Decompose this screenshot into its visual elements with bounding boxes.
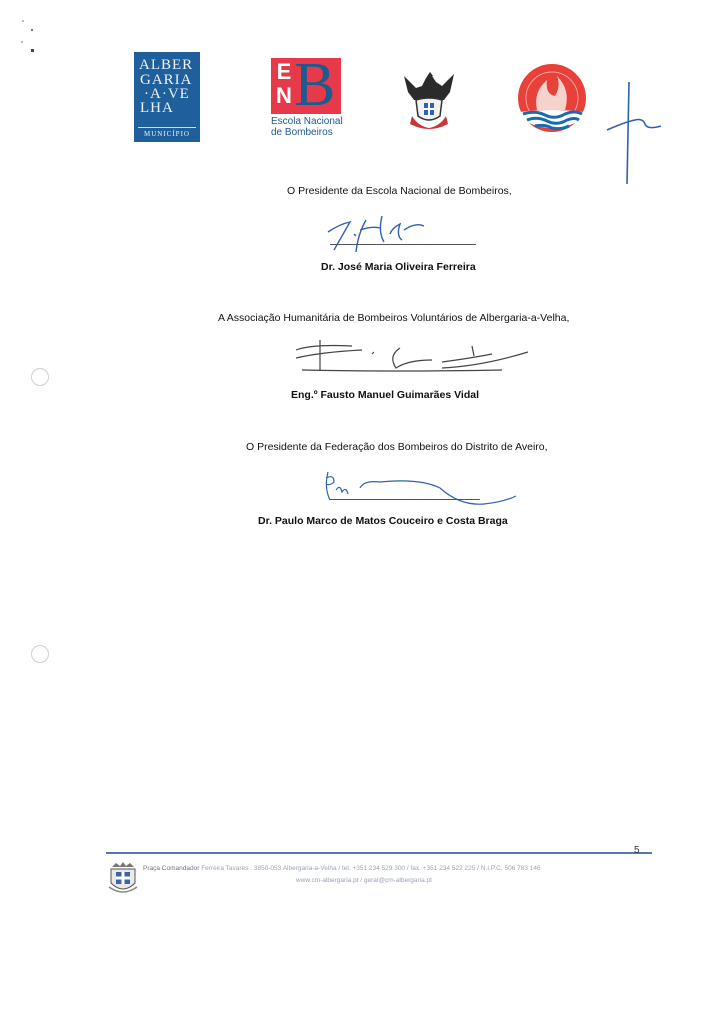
punch-hole (31, 368, 49, 386)
logo-letter-n: N (275, 84, 293, 108)
signatory-name: Dr. José Maria Oliveira Ferreira (321, 261, 476, 273)
footer-address: Praça Comandador Ferreira Tavares . 3850… (143, 865, 541, 872)
municipio-albergaria-logo: ALBER GARIA ·A·VE LHA MUNICÍPIO (134, 52, 200, 142)
eagle-crest-icon (402, 70, 456, 134)
enb-caption: Escola Nacional de Bombeiros (271, 116, 351, 138)
scan-speck (21, 41, 23, 43)
logo-line: LHA (140, 101, 174, 115)
footer-rule (106, 852, 652, 854)
signature-2 (292, 340, 537, 380)
signatory-heading: O Presidente da Escola Nacional de Bombe… (287, 185, 512, 197)
logo-line: ALBER (139, 58, 193, 72)
signature-1 (320, 212, 460, 262)
logo-letter-b: B (294, 54, 335, 116)
signatory-name: Eng.º Fausto Manuel Guimarães Vidal (291, 389, 479, 401)
footer-web: www.cm-albergaria.pt / geral@cm-albergar… (296, 877, 432, 884)
initial-mark (605, 80, 665, 190)
enb-caption-line: Escola Nacional (271, 116, 351, 127)
logo-letter-e: E (275, 60, 293, 84)
footer-address-strong: Praça Comandador (143, 865, 199, 872)
page-number: 5 (634, 845, 640, 856)
municipal-crest-icon (106, 861, 140, 897)
logo-subtitle: MUNICÍPIO (138, 127, 196, 138)
signature-line (330, 499, 480, 500)
signature-line (330, 244, 476, 245)
signature-3 (320, 470, 520, 510)
signatory-heading: O Presidente da Federação dos Bombeiros … (246, 441, 548, 453)
logo-line: ·A·VE (144, 87, 190, 101)
punch-hole (31, 645, 49, 663)
signatory-heading: A Associação Humanitária de Bombeiros Vo… (218, 312, 569, 324)
enb-logo: E N B (271, 58, 341, 114)
scan-speck (31, 49, 34, 52)
firefighter-seal-icon (515, 62, 589, 138)
enb-caption-line: de Bombeiros (271, 127, 351, 138)
scan-speck (31, 29, 33, 31)
footer-address-rest: Ferreira Tavares . 3850-053 Albergaria-a… (201, 865, 540, 872)
scan-speck (22, 20, 24, 22)
logo-line: GARIA (140, 73, 193, 87)
signatory-name: Dr. Paulo Marco de Matos Couceiro e Cost… (258, 515, 508, 527)
